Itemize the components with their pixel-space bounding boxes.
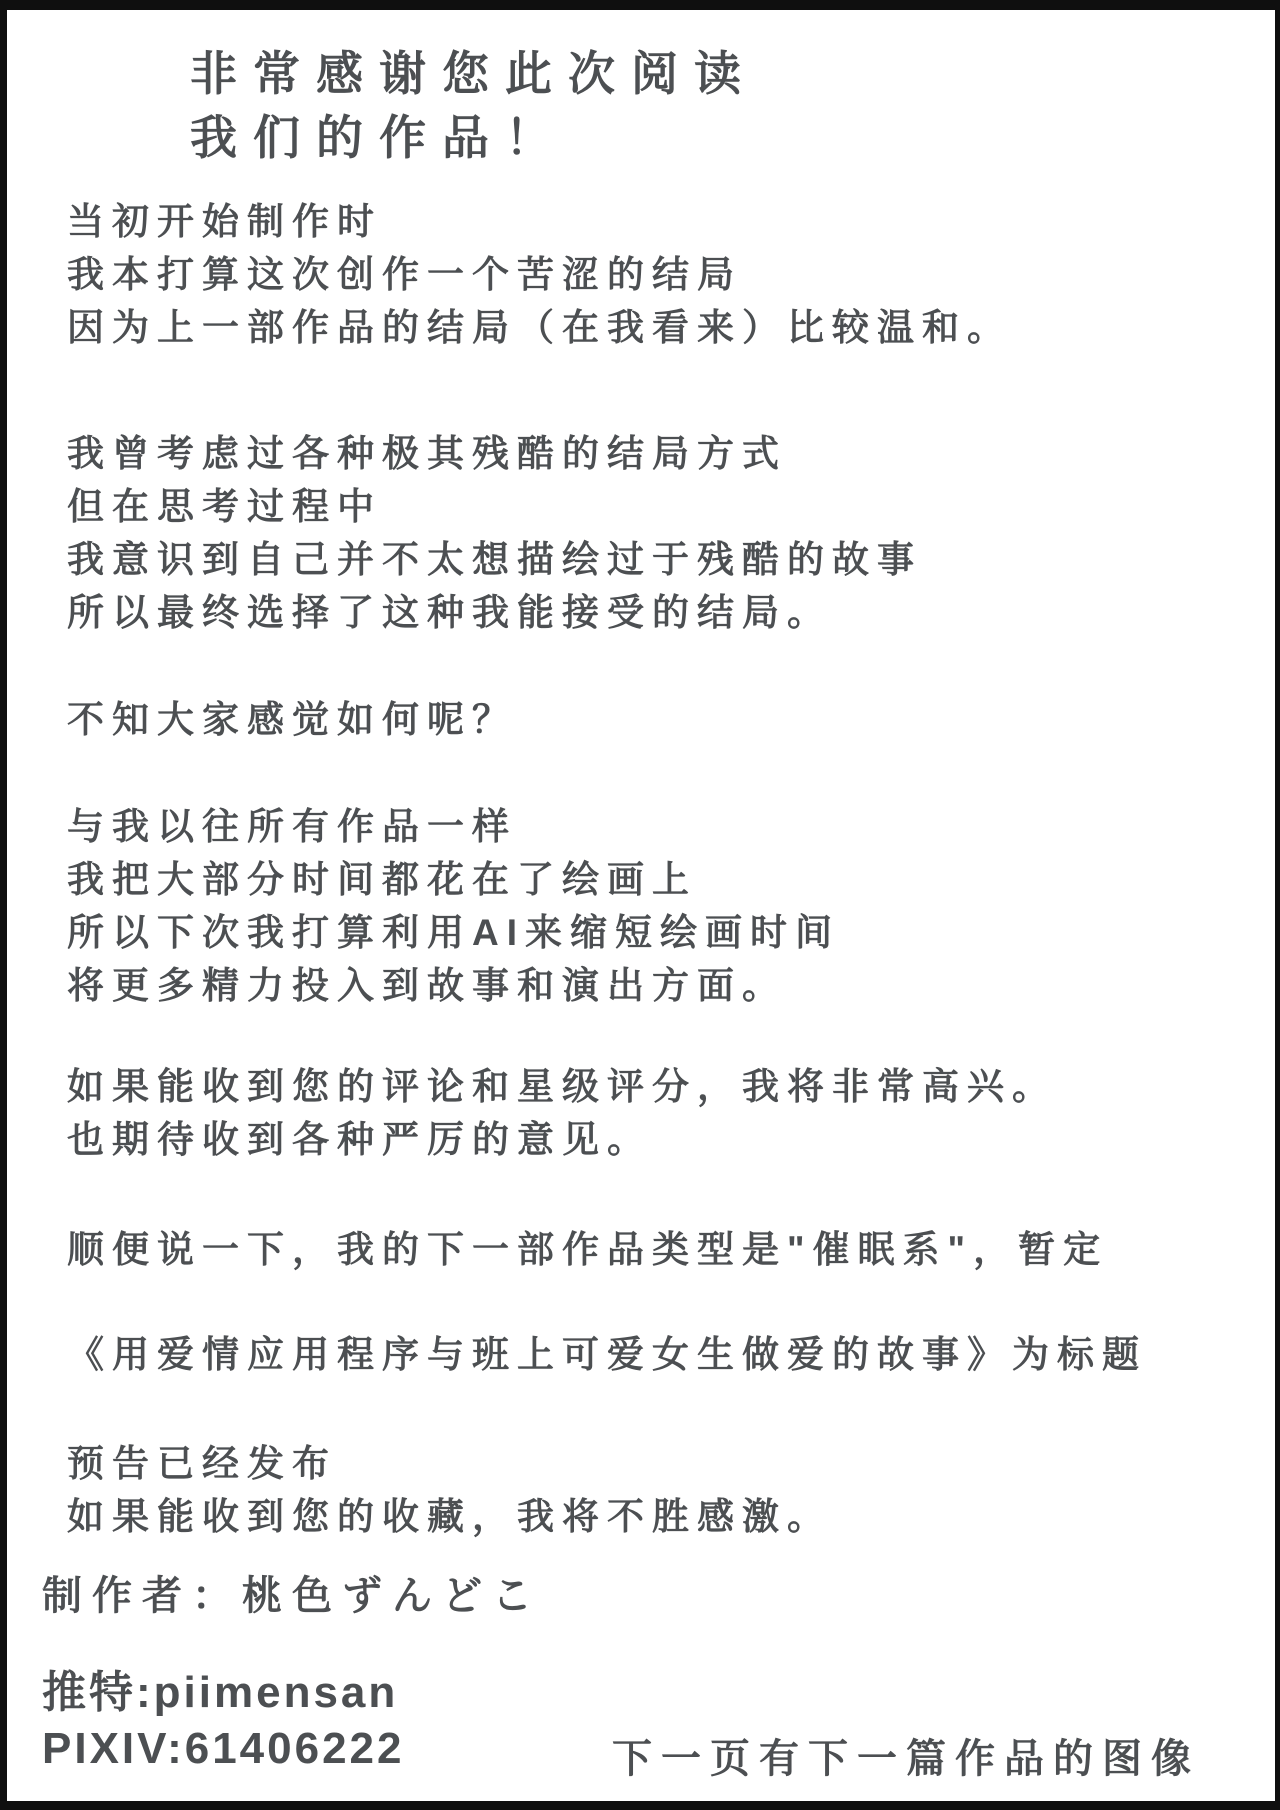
text-line: 与我以往所有作品一样 xyxy=(67,800,840,853)
afterword-page: 非常感谢您此次阅读 我们的作品！ 当初开始制作时 我本打算这次创作一个苦涩的结局… xyxy=(0,0,1280,1810)
title-line-1: 非常感谢您此次阅读 xyxy=(190,42,757,106)
text-line: 当初开始制作时 xyxy=(67,195,1012,248)
text-line: 因为上一部作品的结局（在我看来）比较温和。 xyxy=(67,301,1012,354)
text-line: 但在思考过程中 xyxy=(67,480,922,533)
creator-credit: 制作者：桃色ずんどこ xyxy=(42,1572,542,1620)
twitter-handle: 推特:piimensan xyxy=(42,1665,404,1721)
text-line: 顺便说一下，我的下一部作品类型是"催眠系"，暂定 xyxy=(67,1223,1108,1276)
text-line: 将更多精力投入到故事和演出方面。 xyxy=(67,959,840,1012)
title-line-2: 我们的作品！ xyxy=(190,106,757,170)
page-title: 非常感谢您此次阅读 我们的作品！ xyxy=(190,42,757,170)
text-line: 所以最终选择了这种我能接受的结局。 xyxy=(67,586,922,639)
text-line: 《用爱情应用程序与班上可爱女生做爱的故事》为标题 xyxy=(67,1328,1147,1381)
paragraph-preview-announce: 预告已经发布 如果能收到您的收藏，我将不胜感激。 xyxy=(67,1437,832,1543)
text-line: 预告已经发布 xyxy=(67,1437,832,1490)
pixiv-id: PIXIV:61406222 xyxy=(42,1721,404,1777)
text-line: 不知大家感觉如何呢？ xyxy=(67,693,517,746)
paragraph-intro: 当初开始制作时 我本打算这次创作一个苦涩的结局 因为上一部作品的结局（在我看来）… xyxy=(67,195,1012,354)
paragraph-next-work-title: 《用爱情应用程序与班上可爱女生做爱的故事》为标题 xyxy=(67,1328,1147,1381)
paragraph-ending-choice: 我曾考虑过各种极其残酷的结局方式 但在思考过程中 我意识到自己并不太想描绘过于残… xyxy=(67,427,922,639)
text-line: 我意识到自己并不太想描绘过于残酷的故事 xyxy=(67,533,922,586)
paragraph-question: 不知大家感觉如何呢？ xyxy=(67,693,517,746)
contact-info: 推特:piimensan PIXIV:61406222 xyxy=(42,1665,404,1777)
text-line: 如果能收到您的收藏，我将不胜感激。 xyxy=(67,1490,832,1543)
text-line: 我本打算这次创作一个苦涩的结局 xyxy=(67,248,1012,301)
text-line: 所以下次我打算利用AI来缩短绘画时间 xyxy=(67,906,840,959)
paragraph-next-work-type: 顺便说一下，我的下一部作品类型是"催眠系"，暂定 xyxy=(67,1223,1108,1276)
paragraph-drawing-time: 与我以往所有作品一样 我把大部分时间都花在了绘画上 所以下次我打算利用AI来缩短… xyxy=(67,800,840,1012)
text-line: 如果能收到您的评论和星级评分，我将非常高兴。 xyxy=(67,1060,1057,1113)
text-line: 我把大部分时间都花在了绘画上 xyxy=(67,853,840,906)
next-page-note: 下一页有下一篇作品的图像 xyxy=(612,1735,1200,1783)
text-line: 也期待收到各种严厉的意见。 xyxy=(67,1113,1057,1166)
paragraph-feedback-request: 如果能收到您的评论和星级评分，我将非常高兴。 也期待收到各种严厉的意见。 xyxy=(67,1060,1057,1166)
text-line: 我曾考虑过各种极其残酷的结局方式 xyxy=(67,427,922,480)
